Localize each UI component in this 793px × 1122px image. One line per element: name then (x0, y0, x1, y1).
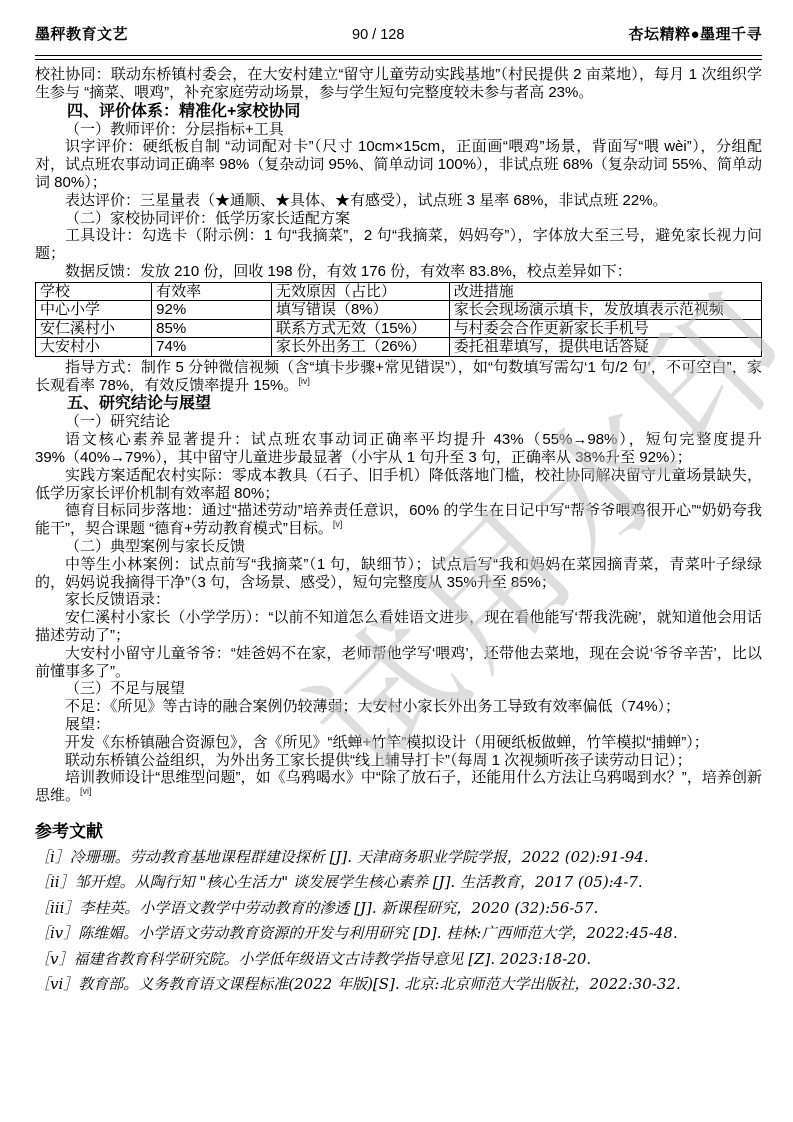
paragraph: 中等生小林案例：试点前写“我摘菜”（1 句，缺细节）；试点后写“我和妈妈在菜园摘… (35, 556, 762, 592)
section-heading-4: 四、评价体系：精准化+家校协同 (35, 102, 762, 121)
paragraph-text: 工具设计：勾选卡（附示例：1 句“我摘菜”，2 句“我摘菜，妈妈夸”），字体放大… (35, 227, 762, 262)
journal-title-left: 墨秤教育文艺 (35, 26, 128, 44)
table-cell: 与村委会合作更新家长手机号 (449, 319, 761, 338)
paragraph-text: 实践方案适配农村实际：零成本教具（石子、旧手机）降低落地门槛，校社协同解决留守儿… (35, 467, 762, 502)
paragraph-text: 开发《东桥镇融合资源包》，含《所见》“纸蝉+竹竿”模拟设计（用硬纸板做蝉，竹竿模… (65, 734, 709, 751)
paragraph-text: 家长反馈语录： (65, 591, 170, 608)
table-row: 中心小学 92% 填写错误（8%） 家长会现场演示填卡，发放填表示范视频 (36, 301, 762, 320)
table-cell: 中心小学 (36, 301, 152, 320)
table-cell: 委托祖辈填写，提供电话答疑 (449, 338, 761, 357)
table-cell: 74% (152, 338, 272, 357)
reference-item: ［ii］邹开煌。从陶行知 "核心生活力" 谈发展学生核心素养 [J]. 生活教育… (35, 870, 762, 896)
table-header-cell: 有效率 (152, 282, 272, 301)
paragraph-text: （一）教师评价：分层指标+工具 (65, 121, 284, 138)
table-row: 大安村小 74% 家长外出务工（26%） 委托祖辈填写，提供电话答疑 (36, 338, 762, 357)
journal-title-right: 杏坛精粹●墨理千寻 (628, 26, 762, 44)
reference-item: ［iii］李桂英。小学语文教学中劳动教育的渗透 [J]. 新课程研究，2020 … (35, 896, 762, 922)
paragraph: 不足：《所见》等古诗的融合案例仍较薄弱；大安村小家长外出务工导致有效率偏低（74… (35, 698, 762, 716)
heading-text: 五、研究结论与展望 (67, 395, 211, 412)
paragraph: 语文核心素养显著提升：试点班农事动词正确率平均提升 43%（55%→98%），短… (35, 431, 762, 467)
footnote-ref: [v] (333, 519, 343, 529)
paragraph-text: （三）不足与展望 (65, 680, 185, 697)
paragraph-text: 指导方式：制作 5 分钟微信视频（含“填卡步骤+常见错误”），如“句数填写需勾‘… (35, 359, 762, 394)
paragraph-text: 安仁溪村小家长（小学学历）：“以前不知道怎么看娃语文进步，现在看他能写‘帮我洗碗… (35, 609, 762, 644)
table-cell: 85% (152, 319, 272, 338)
paragraph: 德育目标同步落地：通过“描述劳动”培养责任意识，60% 的学生在日记中写“帮爷爷… (35, 502, 762, 538)
page-number: 90 / 128 (352, 26, 404, 44)
table-cell: 大安村小 (36, 338, 152, 357)
paragraph: 表达评价：三星量表（★通顺、★具体、★有感受），试点班 3 星率 68%，非试点… (35, 192, 762, 210)
paragraph: 工具设计：勾选卡（附示例：1 句“我摘菜”，2 句“我摘菜，妈妈夸”），字体放大… (35, 227, 762, 263)
paragraph-text: （二）典型案例与家长反馈 (65, 538, 245, 555)
table-cell: 家长会现场演示填卡，发放填表示范视频 (449, 301, 761, 320)
references-title: 参考文献 (35, 823, 762, 841)
paragraph: 开发《东桥镇融合资源包》，含《所见》“纸蝉+竹竿”模拟设计（用硬纸板做蝉，竹竿模… (35, 734, 762, 752)
paragraph: 家长反馈语录： (35, 591, 762, 609)
paragraph-text: 德育目标同步落地：通过“描述劳动”培养责任意识，60% 的学生在日记中写“帮爷爷… (35, 502, 762, 537)
subsection-heading: （一）研究结论 (35, 413, 762, 431)
paragraph: 联动东桥镇公益组织，为外出务工家长提供“线上辅导打卡”（每周 1 次视频听孩子读… (35, 752, 762, 770)
paragraph-text: 联动东桥镇公益组织，为外出务工家长提供“线上辅导打卡”（每周 1 次视频听孩子读… (65, 752, 692, 769)
paragraph: 数据反馈：发放 210 份，回收 198 份，有效 176 份，有效率 83.8… (35, 263, 762, 281)
subsection-heading: （三）不足与展望 (35, 680, 762, 698)
paragraph-text: （一）研究结论 (65, 413, 170, 430)
paragraph-text: 中等生小林案例：试点前写“我摘菜”（1 句，缺细节）；试点后写“我和妈妈在菜园摘… (35, 556, 762, 591)
table-row: 安仁溪村小 85% 联系方式无效（15%） 与村委会合作更新家长手机号 (36, 319, 762, 338)
paragraph: 培训教师设计“思维型问题”，如《乌鸦喝水》中“除了放石子，还能用什么方法让乌鸦喝… (35, 769, 762, 805)
paragraph-text: 大安村小留守儿童爷爷：“娃爸妈不在家，老师帮他学写‘喂鸡’，还带他去菜地，现在会… (35, 645, 762, 680)
paragraph-text: （二）家校协同评价：低学历家长适配方案 (65, 210, 350, 227)
reference-item: ［v］福建省教育科学研究院。小学低年级语文古诗教学指导意见 [Z]. 2023:… (35, 947, 762, 973)
document-page: 墨秤教育文艺 90 / 128 杏坛精粹●墨理千寻 校社协同：联动东桥镇村委会，… (0, 0, 793, 1122)
survey-results-table: 学校 有效率 无效原因（占比） 改进措施 中心小学 92% 填写错误（8%） 家… (35, 282, 762, 357)
table-cell: 填写错误（8%） (271, 301, 449, 320)
table-header-cell: 学校 (36, 282, 152, 301)
paragraph: 安仁溪村小家长（小学学历）：“以前不知道怎么看娃语文进步，现在看他能写‘帮我洗碗… (35, 609, 762, 645)
table-header-cell: 改进措施 (449, 282, 761, 301)
paragraph-text: 数据反馈：发放 210 份，回收 198 份，有效 176 份，有效率 83.8… (65, 263, 632, 280)
paragraph: 实践方案适配农村实际：零成本教具（石子、旧手机）降低落地门槛，校社协同解决留守儿… (35, 467, 762, 503)
document-body: 校社协同：联动东桥镇村委会，在大安村建立“留守儿童劳动实践基地”（村民提供 2 … (35, 66, 762, 998)
footnote-ref: [vi] (80, 786, 92, 796)
subsection-heading: （二）典型案例与家长反馈 (35, 538, 762, 556)
heading-text: 四、评价体系：精准化+家校协同 (67, 103, 300, 120)
reference-item: ［i］冷珊珊。劳动教育基地课程群建设探析 [J]. 天津商务职业学院学报，202… (35, 845, 762, 871)
table-header-row: 学校 有效率 无效原因（占比） 改进措施 (36, 282, 762, 301)
paragraph-text: 不足：《所见》等古诗的融合案例仍较薄弱；大安村小家长外出务工导致有效率偏低（74… (65, 698, 680, 715)
paragraph-text: 语文核心素养显著提升：试点班农事动词正确率平均提升 43%（55%→98%），短… (35, 431, 762, 466)
table-cell: 家长外出务工（26%） (271, 338, 449, 357)
paragraph-text: 表达评价：三星量表（★通顺、★具体、★有感受），试点班 3 星率 68%，非试点… (65, 192, 668, 209)
paragraph: 指导方式：制作 5 分钟微信视频（含“填卡步骤+常见错误”），如“句数填写需勾‘… (35, 359, 762, 395)
paragraph: 大安村小留守儿童爷爷：“娃爸妈不在家，老师帮他学写‘喂鸡’，还带他去菜地，现在会… (35, 645, 762, 681)
footnote-ref: [iv] (298, 376, 310, 386)
reference-item: ［iv］陈维媚。小学语文劳动教育资源的开发与利用研究 [D]. 桂林:广西师范大… (35, 921, 762, 947)
subsection-heading: （一）教师评价：分层指标+工具 (35, 121, 762, 139)
paragraph: 展望： (35, 716, 762, 734)
table-header-cell: 无效原因（占比） (271, 282, 449, 301)
section-heading-5: 五、研究结论与展望 (35, 394, 762, 413)
paragraph-text: 校社协同：联动东桥镇村委会，在大安村建立“留守儿童劳动实践基地”（村民提供 2 … (35, 66, 762, 101)
reference-item: ［vi］教育部。义务教育语文课程标准(2022 年版)[S]. 北京:北京师范大… (35, 972, 762, 998)
page-header: 墨秤教育文艺 90 / 128 杏坛精粹●墨理千寻 (35, 26, 762, 44)
header-divider (35, 55, 762, 60)
table-cell: 92% (152, 301, 272, 320)
subsection-heading: （二）家校协同评价：低学历家长适配方案 (35, 210, 762, 228)
paragraph: 识字评价：硬纸板自制 “动词配对卡”（尺寸 10cm×15cm，正面画“喂鸡”场… (35, 138, 762, 191)
paragraph-text: 培训教师设计“思维型问题”，如《乌鸦喝水》中“除了放石子，还能用什么方法让乌鸦喝… (35, 769, 762, 804)
table-cell: 联系方式无效（15%） (271, 319, 449, 338)
paragraph-text: 展望： (65, 716, 110, 733)
paragraph-text: 识字评价：硬纸板自制 “动词配对卡”（尺寸 10cm×15cm，正面画“喂鸡”场… (35, 138, 762, 191)
table-cell: 安仁溪村小 (36, 319, 152, 338)
paragraph: 校社协同：联动东桥镇村委会，在大安村建立“留守儿童劳动实践基地”（村民提供 2 … (35, 66, 762, 102)
